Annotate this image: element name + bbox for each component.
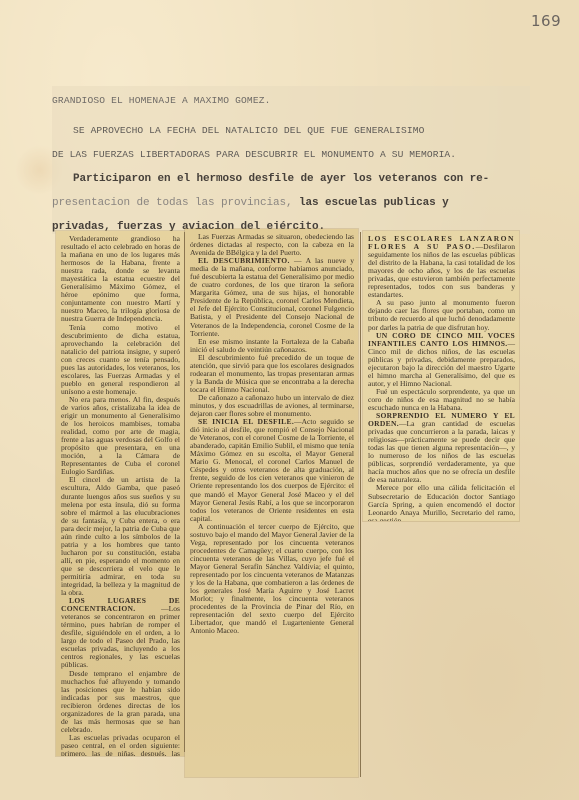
paragraph: En ese mismo instante la Fortaleza de la…	[190, 338, 354, 354]
clipping-column-1: Verdaderamente grandioso ha resultado el…	[56, 231, 184, 756]
paragraph: Las escuelas privadas ocuparon el paseo …	[61, 734, 180, 756]
typed-subtitle-line-1: SE APROVECHO LA FECHA DEL NATALICIO DEL …	[52, 119, 572, 143]
section-text: —Acto seguido se dió inicio al desfile, …	[190, 417, 354, 523]
paragraph: Las Fuerzas Armadas se situaron, obedeci…	[190, 233, 354, 257]
section-text: —Cinco mil de dichos niños, de las escue…	[368, 339, 515, 388]
paragraph: El descubrimiento fué precedido de un to…	[190, 354, 354, 394]
typed-body-line-1: Participaron en el hermoso desfile de ay…	[52, 167, 572, 191]
section-paragraph: LOS ESCOLARES LANZARON FLORES A SU PASO.…	[368, 235, 515, 299]
typed-title: GRANDIOSO EL HOMENAJE A MAXIMO GOMEZ.	[52, 95, 572, 106]
section-text: —Los veteranos se concentraron en primer…	[61, 604, 180, 669]
column-divider	[184, 232, 185, 752]
section-paragraph: SORPRENDIO EL NUMERO Y EL ORDEN.—La gran…	[368, 412, 515, 484]
paragraph: A continuación el tercer cuerpo de Ejérc…	[190, 523, 354, 636]
paragraph: Fué un espectáculo sorprendente, ya que …	[368, 388, 515, 412]
section-heading: UN CORO DE CINCO MIL VOCES INFANTILES CA…	[368, 331, 515, 348]
paragraph: Desde temprano el enjambre de muchachos …	[61, 670, 180, 734]
column-divider	[360, 232, 361, 777]
section-text: —Desfilaron seguidamente los niños de la…	[368, 242, 515, 299]
paragraph: Tenía como motivo el descubrimiento de d…	[61, 324, 180, 396]
paragraph: Merece por ello una cálida felicitación …	[368, 484, 515, 521]
typed-header: GRANDIOSO EL HOMENAJE A MAXIMO GOMEZ. SE…	[52, 95, 572, 239]
typed-body-line-2: presentacion de todas las provincias, la…	[52, 191, 572, 215]
clipping-column-2: Las Fuerzas Armadas se situaron, obedeci…	[185, 229, 358, 777]
section-paragraph: SE INICIA EL DESFILE.—Acto seguido se di…	[190, 418, 354, 523]
typed-body-line-2-rest: las escuelas publicas y	[293, 197, 449, 209]
section-paragraph: UN CORO DE CINCO MIL VOCES INFANTILES CA…	[368, 332, 515, 388]
typed-body-line-2-faded: presentacion de todas las provincias,	[52, 197, 293, 209]
paragraph: El cincel de un artista de la escultura,…	[61, 476, 180, 597]
section-text: — A las nueve y media de la mañana, conf…	[190, 256, 354, 337]
handwritten-page-number: 169	[531, 12, 561, 30]
clipping-column-3: LOS ESCOLARES LANZARON FLORES A SU PASO.…	[363, 231, 519, 521]
section-paragraph: EL DESCUBRIMIENTO. — A las nueve y media…	[190, 257, 354, 337]
section-text: —La gran cantidad de escuelas privadas q…	[368, 419, 515, 484]
paragraph: De cañonazo a cañonazo hubo un intervalo…	[190, 394, 354, 418]
section-paragraph: LOS LUGARES DE CONCENTRACION. —Los veter…	[61, 597, 180, 669]
paragraph: No era para menos. Al fin, después de va…	[61, 396, 180, 476]
paragraph: A su paso junto al monumento fueron deja…	[368, 299, 515, 331]
paragraph: Verdaderamente grandioso ha resultado el…	[61, 235, 180, 324]
typed-subtitle-line-2: DE LAS FUERZAS LIBERTADORAS PARA DESCUBR…	[52, 143, 572, 167]
